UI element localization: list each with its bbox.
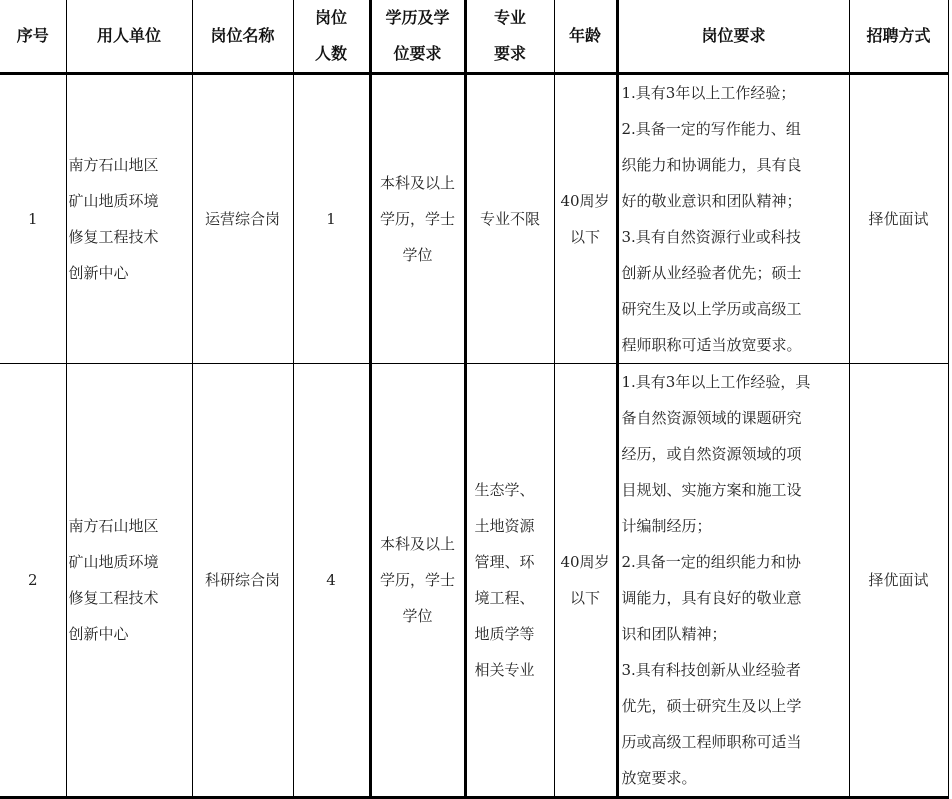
header-employer: 用人单位 [66, 0, 192, 74]
header-position: 岗位名称 [192, 0, 293, 74]
header-index: 序号 [0, 0, 66, 74]
cell-age: 40周岁 以下 [554, 364, 617, 798]
cell-headcount: 4 [293, 364, 370, 798]
header-recruit-method: 招聘方式 [849, 0, 948, 74]
cell-employer: 南方石山地区 矿山地质环境 修复工程技术 创新中心 [66, 74, 192, 364]
table-row: 2 南方石山地区 矿山地质环境 修复工程技术 创新中心 科研综合岗 4 本科及以… [0, 364, 948, 798]
cell-education: 本科及以上 学历，学士 学位 [370, 74, 465, 364]
cell-recruit-method: 择优面试 [849, 74, 948, 364]
recruitment-table: 序号 用人单位 岗位名称 岗位 人数 学历及学 位要求 专业 要求 年龄 岗位要… [0, 0, 949, 799]
cell-major: 专业不限 [465, 74, 554, 364]
cell-education: 本科及以上 学历，学士 学位 [370, 364, 465, 798]
cell-major: 生态学、 土地资源 管理、环 境工程、 地质学等 相关专业 [465, 364, 554, 798]
cell-index: 2 [0, 364, 66, 798]
table-row: 1 南方石山地区 矿山地质环境 修复工程技术 创新中心 运营综合岗 1 本科及以… [0, 74, 948, 364]
cell-requirements: 1.具有3年以上工作经验； 2.具备一定的写作能力、组 织能力和协调能力，具有良… [617, 74, 849, 364]
table-header-row: 序号 用人单位 岗位名称 岗位 人数 学历及学 位要求 专业 要求 年龄 岗位要… [0, 0, 948, 74]
cell-recruit-method: 择优面试 [849, 364, 948, 798]
header-requirements: 岗位要求 [617, 0, 849, 74]
cell-employer: 南方石山地区 矿山地质环境 修复工程技术 创新中心 [66, 364, 192, 798]
cell-position: 运营综合岗 [192, 74, 293, 364]
cell-index: 1 [0, 74, 66, 364]
cell-position: 科研综合岗 [192, 364, 293, 798]
header-age: 年龄 [554, 0, 617, 74]
header-major: 专业 要求 [465, 0, 554, 74]
cell-headcount: 1 [293, 74, 370, 364]
header-headcount: 岗位 人数 [293, 0, 370, 74]
header-education: 学历及学 位要求 [370, 0, 465, 74]
cell-age: 40周岁 以下 [554, 74, 617, 364]
cell-requirements: 1.具有3年以上工作经验，具 备自然资源领域的课题研究 经历，或自然资源领域的项… [617, 364, 849, 798]
